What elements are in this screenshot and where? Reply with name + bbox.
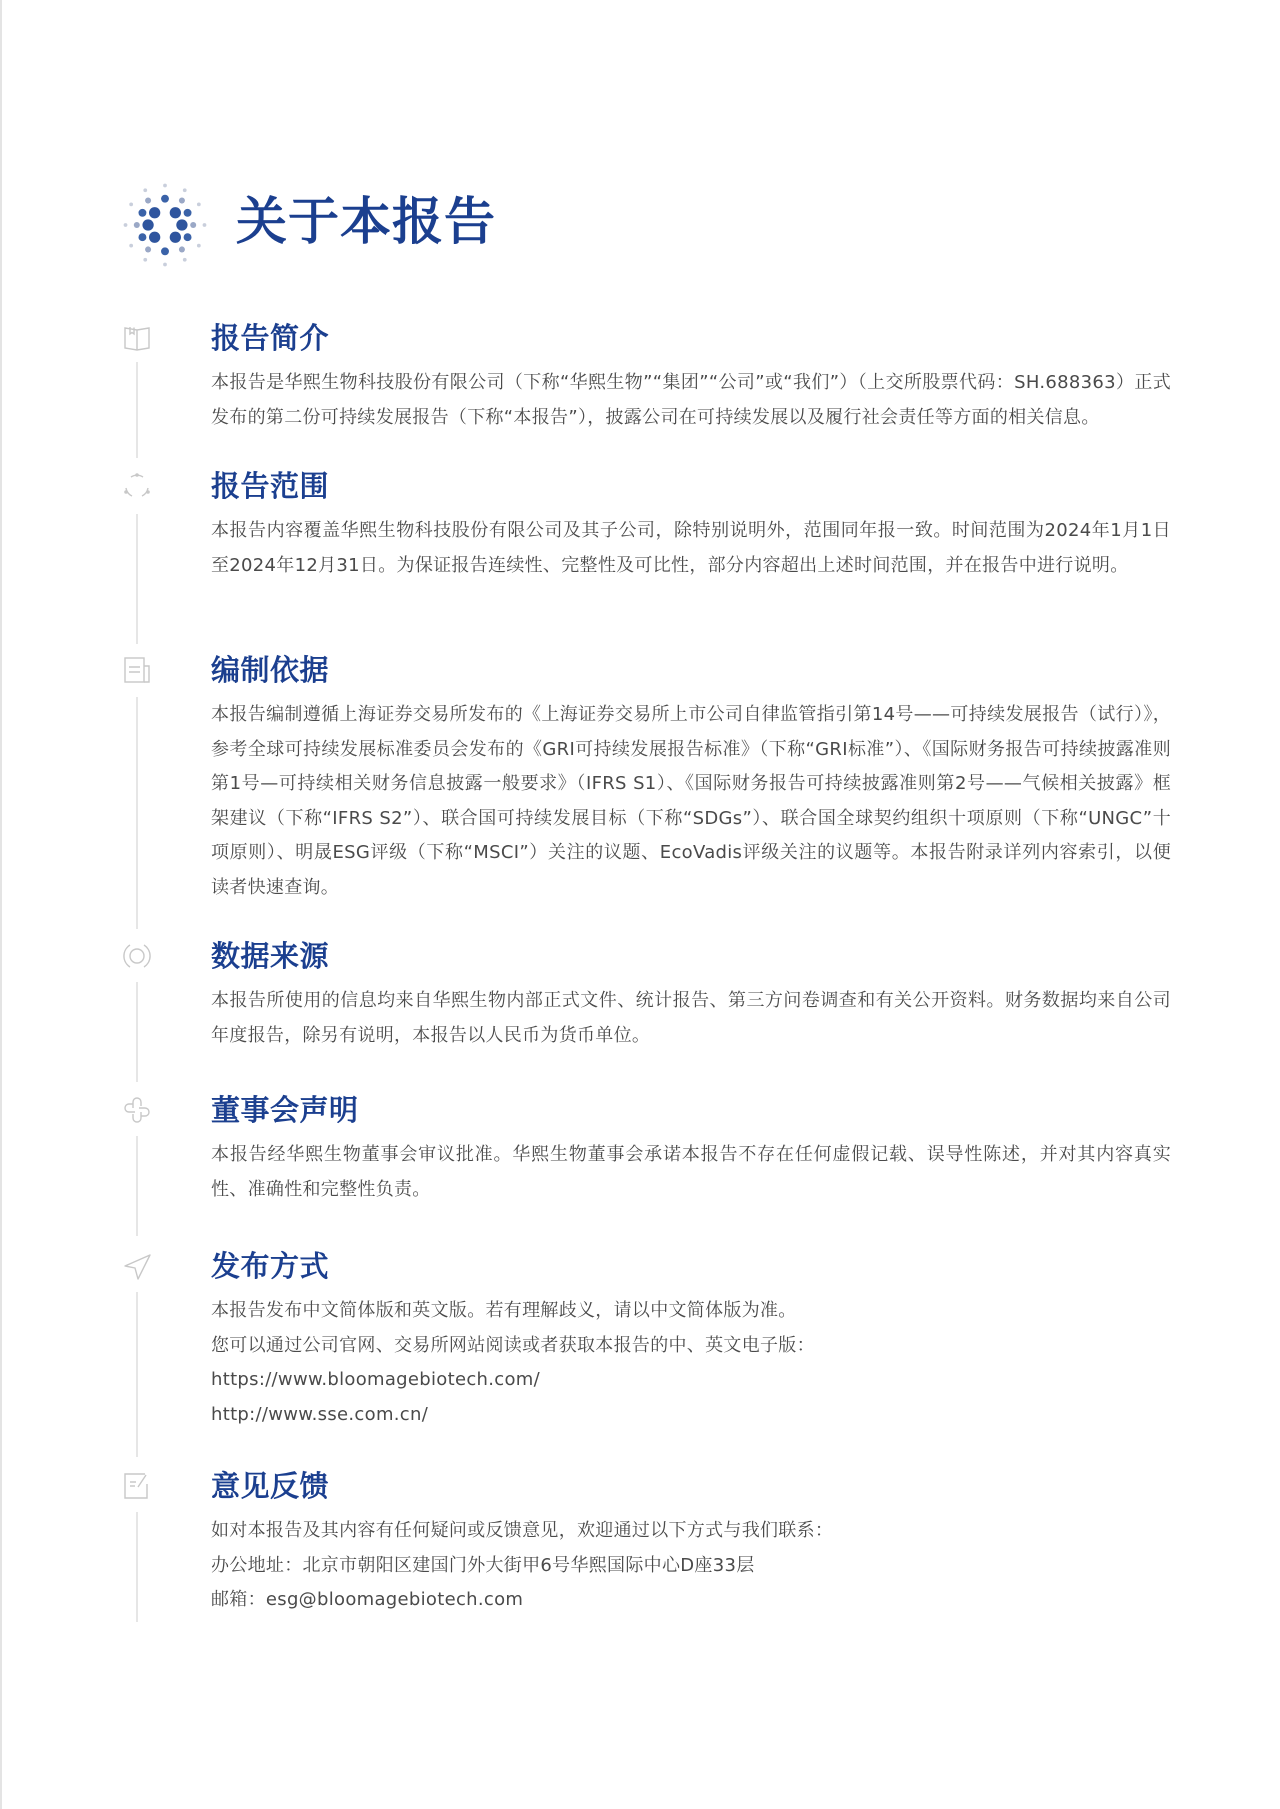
timeline-line (136, 982, 138, 1082)
office-address: 办公地址：北京市朝阳区建国门外大街甲6号华熙国际中心D座33层 (211, 1549, 1171, 1584)
page-edge-line (0, 0, 2, 1809)
section-body: 本报告经华熙生物董事会审议批准。华熙生物董事会承诺本报告不存在任何虚假记载、误导… (211, 1138, 1171, 1207)
section-body: 本报告是华熙生物科技股份有限公司（下称“华熙生物”“集团”“公司”或“我们”）（… (211, 366, 1171, 435)
book-icon (121, 322, 153, 354)
section-heading: 数据来源 (211, 936, 1171, 976)
section-heading: 发布方式 (211, 1246, 1171, 1286)
paragraph: 本报告是华熙生物科技股份有限公司（下称“华熙生物”“集团”“公司”或“我们”）（… (211, 366, 1171, 435)
timeline-line (136, 1512, 138, 1622)
interlock-icon (121, 1094, 153, 1126)
paragraph: 本报告编制遵循上海证券交易所发布的《上海证券交易所上市公司自律监管指引第14号—… (211, 698, 1171, 905)
cycle-icon (121, 470, 153, 502)
section-publication: 发布方式 本报告发布中文简体版和英文版。若有理解歧义，请以中文简体版为准。 您可… (211, 1246, 1171, 1432)
sse-link[interactable]: http://www.sse.com.cn/ (211, 1398, 1171, 1433)
dot-burst-logo-icon (118, 178, 212, 272)
paragraph: 本报告内容覆盖华熙生物科技股份有限公司及其子公司，除特别说明外，范围同年报一致。… (211, 514, 1171, 583)
target-circle-icon (121, 940, 153, 972)
send-arrow-icon (121, 1250, 153, 1282)
paragraph: 本报告所使用的信息均来自华熙生物内部正式文件、统计报告、第三方问卷调查和有关公开… (211, 984, 1171, 1053)
section-heading: 董事会声明 (211, 1090, 1171, 1130)
section-heading: 报告简介 (211, 318, 1171, 358)
section-compilation-basis: 编制依据 本报告编制遵循上海证券交易所发布的《上海证券交易所上市公司自律监管指引… (211, 650, 1171, 905)
section-feedback: 意见反馈 如对本报告及其内容有任何疑问或反馈意见，欢迎通过以下方式与我们联系： … (211, 1466, 1171, 1618)
timeline-line (136, 362, 138, 458)
website-link[interactable]: https://www.bloomagebiotech.com/ (211, 1363, 1171, 1398)
timeline-line (136, 1292, 138, 1457)
paragraph: 如对本报告及其内容有任何疑问或反馈意见，欢迎通过以下方式与我们联系： (211, 1514, 1171, 1549)
timeline-line (136, 1136, 138, 1236)
section-body: 本报告发布中文简体版和英文版。若有理解歧义，请以中文简体版为准。 您可以通过公司… (211, 1294, 1171, 1432)
section-report-scope: 报告范围 本报告内容覆盖华熙生物科技股份有限公司及其子公司，除特别说明外，范围同… (211, 466, 1171, 583)
email-link[interactable]: 邮箱：esg@bloomagebiotech.com (211, 1583, 1171, 1618)
paragraph: 您可以通过公司官网、交易所网站阅读或者获取本报告的中、英文电子版： (211, 1329, 1171, 1364)
section-body: 本报告内容覆盖华熙生物科技股份有限公司及其子公司，除特别说明外，范围同年报一致。… (211, 514, 1171, 583)
section-heading: 编制依据 (211, 650, 1171, 690)
section-body: 如对本报告及其内容有任何疑问或反馈意见，欢迎通过以下方式与我们联系： 办公地址：… (211, 1514, 1171, 1618)
document-icon (121, 654, 153, 686)
paragraph: 本报告发布中文简体版和英文版。若有理解歧义，请以中文简体版为准。 (211, 1294, 1171, 1329)
section-heading: 报告范围 (211, 466, 1171, 506)
page-title: 关于本报告 (236, 188, 496, 258)
section-heading: 意见反馈 (211, 1466, 1171, 1506)
timeline-line (136, 514, 138, 644)
paragraph: 本报告经华熙生物董事会审议批准。华熙生物董事会承诺本报告不存在任何虚假记载、误导… (211, 1138, 1171, 1207)
timeline-line (136, 697, 138, 929)
section-data-source: 数据来源 本报告所使用的信息均来自华熙生物内部正式文件、统计报告、第三方问卷调查… (211, 936, 1171, 1053)
section-body: 本报告所使用的信息均来自华熙生物内部正式文件、统计报告、第三方问卷调查和有关公开… (211, 984, 1171, 1053)
section-body: 本报告编制遵循上海证券交易所发布的《上海证券交易所上市公司自律监管指引第14号—… (211, 698, 1171, 905)
section-board-statement: 董事会声明 本报告经华熙生物董事会审议批准。华熙生物董事会承诺本报告不存在任何虚… (211, 1090, 1171, 1207)
section-report-overview: 报告简介 本报告是华熙生物科技股份有限公司（下称“华熙生物”“集团”“公司”或“… (211, 318, 1171, 435)
edit-note-icon (121, 1470, 153, 1502)
